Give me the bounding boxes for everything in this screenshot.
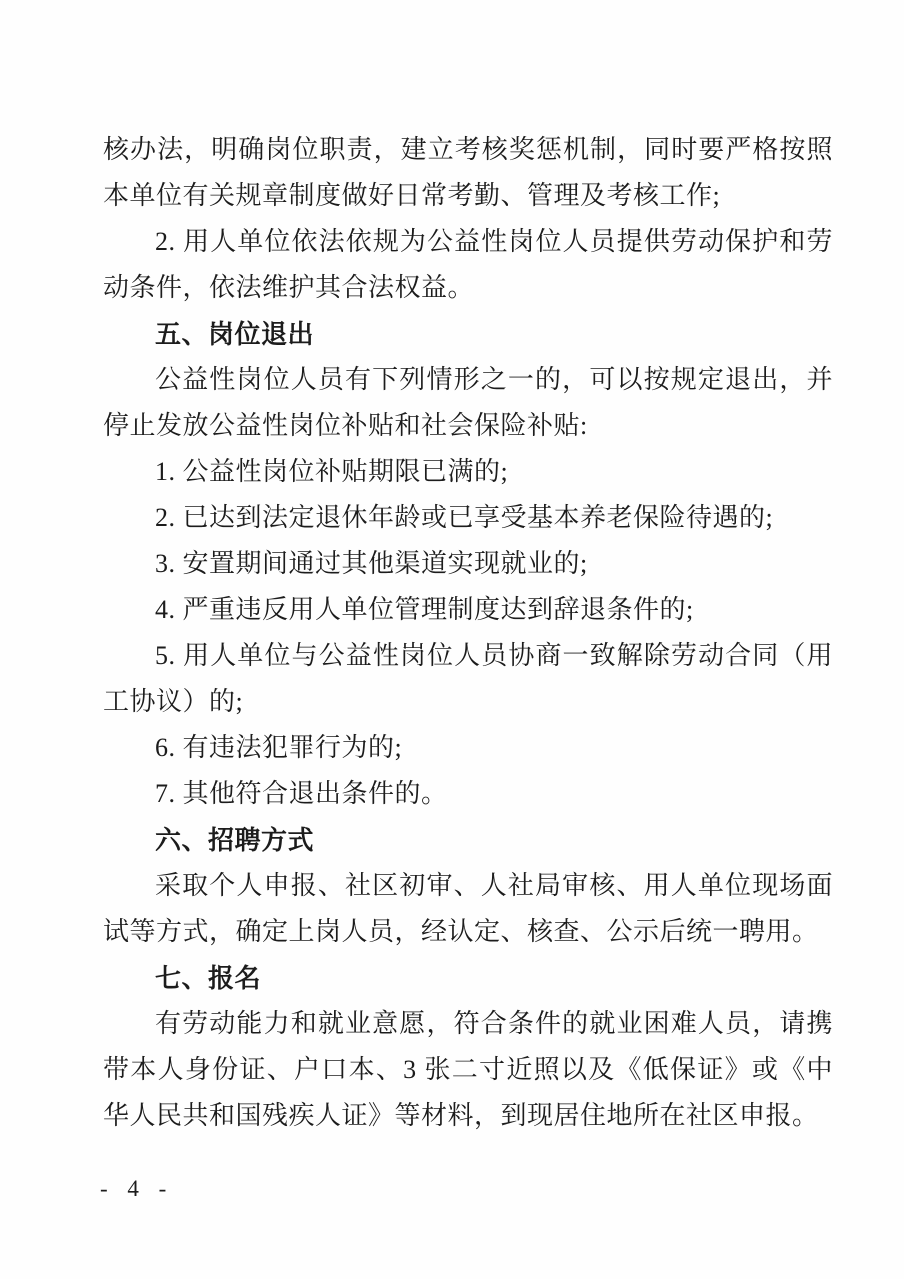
heading-section-5-post-exit: 五、岗位退出: [103, 311, 833, 357]
paragraph-registration: 有劳动能力和就业意愿，符合条件的就业困难人员，请携带本人身份证、户口本、3 张二…: [103, 1001, 833, 1139]
document-body: 核办法，明确岗位职责，建立考核奖惩机制，同时要严格按照本单位有关规章制度做好日常…: [103, 127, 833, 1139]
paragraph-exit-intro: 公益性岗位人员有下列情形之一的，可以按规定退出，并停止发放公益性岗位补贴和社会保…: [103, 357, 833, 449]
exit-list-item-2: 2. 已达到法定退休年龄或已享受基本养老保险待遇的;: [103, 495, 833, 541]
page-number: - 4 -: [100, 1176, 173, 1202]
paragraph-labor-protection: 2. 用人单位依法依规为公益性岗位人员提供劳动保护和劳动条件，依法维护其合法权益…: [103, 219, 833, 311]
exit-list-item-6: 6. 有违法犯罪行为的;: [103, 725, 833, 771]
paragraph-continuation: 核办法，明确岗位职责，建立考核奖惩机制，同时要严格按照本单位有关规章制度做好日常…: [103, 127, 833, 219]
exit-list-item-3: 3. 安置期间通过其他渠道实现就业的;: [103, 541, 833, 587]
paragraph-recruitment-method: 采取个人申报、社区初审、人社局审核、用人单位现场面试等方式，确定上岗人员，经认定…: [103, 863, 833, 955]
exit-list-item-1: 1. 公益性岗位补贴期限已满的;: [103, 449, 833, 495]
exit-list-item-4: 4. 严重违反用人单位管理制度达到辞退条件的;: [103, 587, 833, 633]
heading-section-6-recruitment: 六、招聘方式: [103, 817, 833, 863]
exit-list-item-7: 7. 其他符合退出条件的。: [103, 771, 833, 817]
heading-section-7-registration: 七、报名: [103, 955, 833, 1001]
exit-list-item-5: 5. 用人单位与公益性岗位人员协商一致解除劳动合同（用工协议）的;: [103, 633, 833, 725]
document-page: 核办法，明确岗位职责，建立考核奖惩机制，同时要严格按照本单位有关规章制度做好日常…: [0, 0, 904, 1279]
